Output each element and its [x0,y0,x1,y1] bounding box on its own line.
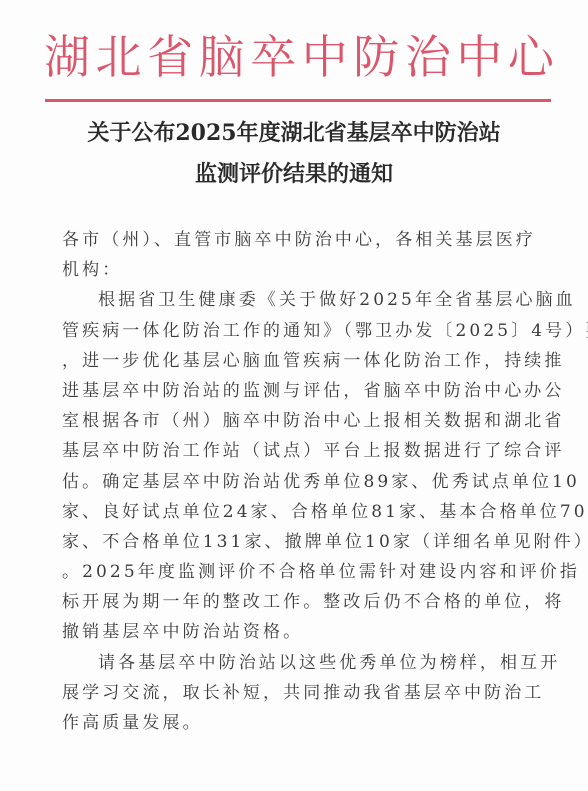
paragraph-line: 进基层卒中防治站的监测与评估，省脑卒中防治中心办公 [62,376,554,406]
document-title-line-2: 监测评价结果的通知 [0,157,588,188]
paragraph-1: 根据省卫生健康委《关于做好2025年全省基层心脑血 管疾病一体化防治工作的通知》… [62,285,554,647]
letterhead-char: 脑 [199,24,245,90]
paragraph-line: 标开展为期一年的整改工作。整改后仍不合格的单位，将 [62,587,554,617]
organization-letterhead: 湖 北 省 脑 卒 中 防 治 中 心 [44,24,554,90]
document-body: 各市（州）、直管市脑卒中防治中心，各相关基层医疗 机构： 根据省卫生健康委《关于… [62,225,554,738]
addressee-line: 各市（州）、直管市脑卒中防治中心，各相关基层医疗 [62,225,554,255]
paragraph-line: 撤销基层卒中防治站资格。 [62,617,554,647]
paragraph-line: 家、不合格单位131家、撤牌单位10家（详细名单见附件） [62,527,554,557]
letterhead-char: 防 [353,24,399,90]
letterhead-char: 中 [302,24,348,90]
addressee: 各市（州）、直管市脑卒中防治中心，各相关基层医疗 机构： [62,225,554,285]
paragraph-line: 室根据各市（州）脑卒中防治中心上报相关数据和湖北省 [62,406,554,436]
document-title-line-1: 关于公布2025年度湖北省基层卒中防治站 [0,116,588,147]
letterhead-char: 卒 [250,24,296,90]
document-page: 湖 北 省 脑 卒 中 防 治 中 心 关于公布2025年度湖北省基层卒中防治站… [0,0,588,791]
paragraph-2: 请各基层卒中防治站以这些优秀单位为榜样，相互开 展学习交流，取长补短，共同推动我… [62,648,554,739]
paragraph-line: 请各基层卒中防治站以这些优秀单位为榜样，相互开 [62,648,554,678]
paragraph-line: 管疾病一体化防治工作的通知》（鄂卫办发〔2025〕4号）要求 [62,316,554,346]
letterhead-char: 省 [147,24,193,90]
paragraph-line: 展学习交流，取长补短，共同推动我省基层卒中防治工 [62,678,554,708]
paragraph-line: 家、良好试点单位24家、合格单位81家、基本合格单位705 [62,497,554,527]
letterhead-divider [45,99,551,102]
letterhead-char: 中 [456,24,502,90]
addressee-line: 机构： [62,255,554,285]
paragraph-line: 。2025年度监测评价不合格单位需针对建设内容和评价指 [62,557,554,587]
letterhead-char: 心 [508,24,554,90]
paragraph-line: ，进一步优化基层心脑血管疾病一体化防治工作，持续推 [62,346,554,376]
paragraph-line: 作高质量发展。 [62,708,554,738]
paragraph-line: 基层卒中防治工作站（试点）平台上报数据进行了综合评 [62,436,554,466]
paragraph-line: 估。确定基层卒中防治站优秀单位89家、优秀试点单位10 [62,467,554,497]
paragraph-line: 根据省卫生健康委《关于做好2025年全省基层心脑血 [62,285,554,315]
letterhead-char: 北 [96,24,142,90]
letterhead-char: 治 [405,24,451,90]
letterhead-char: 湖 [44,24,90,90]
